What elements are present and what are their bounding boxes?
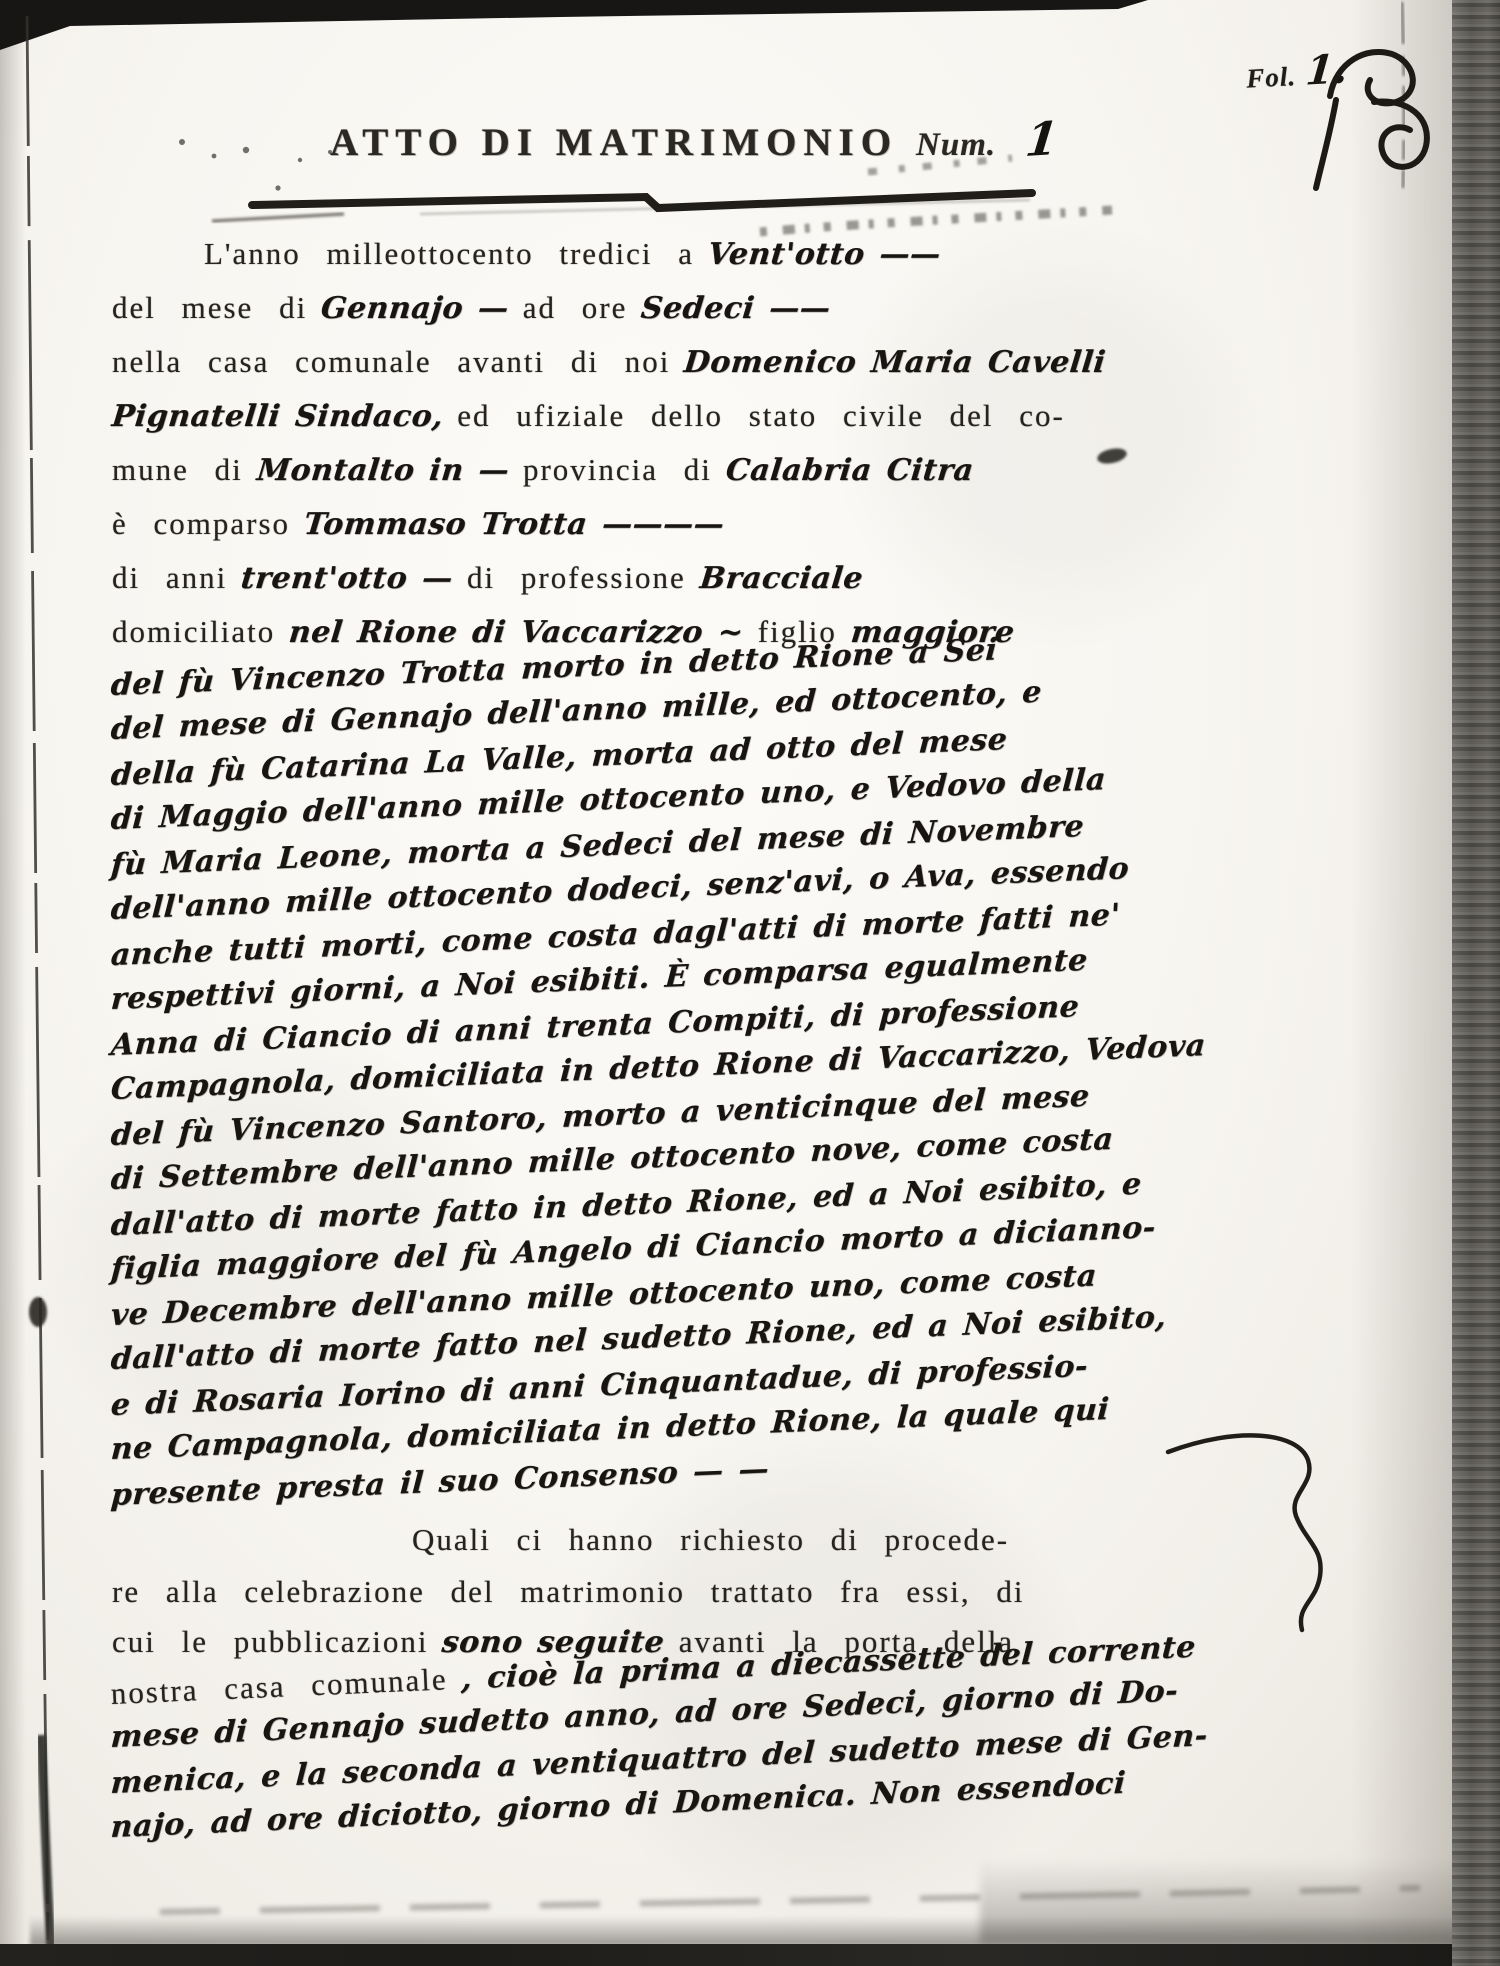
handwritten-text: Domenico Maria Cavelli <box>682 345 1107 380</box>
handwritten-text: Tommaso Trotta ———— <box>302 507 726 542</box>
printed-text: del mese di <box>112 290 307 325</box>
right-edge-shading <box>1350 0 1452 1966</box>
printed-text: cui le pubblicazioni <box>112 1624 428 1659</box>
folio-number: 1. <box>1304 45 1350 94</box>
text-line: mune diMontalto in —provincia diCalabria… <box>112 452 1160 506</box>
handwritten-text: Pignatelli Sindaco, <box>110 399 445 434</box>
text-line: nella casa comunale avanti di noiDomenic… <box>112 344 1160 398</box>
printed-text: mune di <box>112 452 243 487</box>
bottom-smudge <box>30 1916 1460 1946</box>
printed-text: L'anno milleottocento tredici a <box>204 236 694 271</box>
text-line: del mese diGennajo —ad oreSedeci —— <box>112 290 1160 344</box>
text-line: Pignatelli Sindaco,ed ufiziale dello sta… <box>112 398 1160 452</box>
text-line: è comparsoTommaso Trotta ———— <box>112 506 1160 560</box>
handwritten-text: Vent'otto —— <box>706 237 942 272</box>
handwritten-text: Calabria Citra <box>724 453 975 488</box>
act-body-text: L'anno milleottocento tredici aVent'otto… <box>112 236 1160 1856</box>
printed-text: ad ore <box>523 290 628 325</box>
printed-text: Quali ci hanno richiesto di procede- <box>412 1522 1009 1557</box>
document-title: ATTO DI MATRIMONIO <box>330 121 898 164</box>
bottom-scan-edge-band <box>0 1944 1500 1966</box>
handwritten-text: Montalto in — <box>255 453 511 488</box>
printed-text: è comparso <box>112 506 290 541</box>
title-number-label: Num. <box>916 127 996 163</box>
folio-annotation: Fol. 1. <box>1245 45 1349 97</box>
printed-text: provincia di <box>523 452 712 487</box>
text-line: Quali ci hanno richiesto di procede- <box>112 1522 1160 1574</box>
handwritten-text: Sedeci —— <box>640 291 833 326</box>
text-line: di annitrent'otto —di professioneBraccia… <box>112 560 1160 614</box>
text-line: L'anno milleottocento tredici aVent'otto… <box>112 236 1160 290</box>
document-header: ATTO DI MATRIMONIO Num. 1 <box>330 112 1058 166</box>
printed-text: re alla celebrazione del matrimonio trat… <box>112 1574 1025 1609</box>
folio-label: Fol. <box>1246 61 1297 94</box>
printed-text: di professione <box>467 560 686 595</box>
handwritten-text: Gennajo — <box>319 291 510 326</box>
printed-text: ed ufiziale dello stato civile del co- <box>457 398 1065 433</box>
scanned-document-page: { "document": { "folio_label": "Fol.", "… <box>0 0 1500 1966</box>
right-binding-band <box>1452 0 1500 1966</box>
text-line: re alla celebrazione del matrimonio trat… <box>112 1574 1160 1626</box>
printed-text: di anni <box>112 560 227 595</box>
left-edge-shading <box>0 0 26 1966</box>
handwritten-text: Bracciale <box>698 561 865 596</box>
printed-text: domiciliato <box>112 614 275 649</box>
title-number-value: 1 <box>1023 111 1061 167</box>
handwritten-text: trent'otto — <box>239 561 454 596</box>
printed-text: nella casa comunale avanti di noi <box>112 344 670 379</box>
